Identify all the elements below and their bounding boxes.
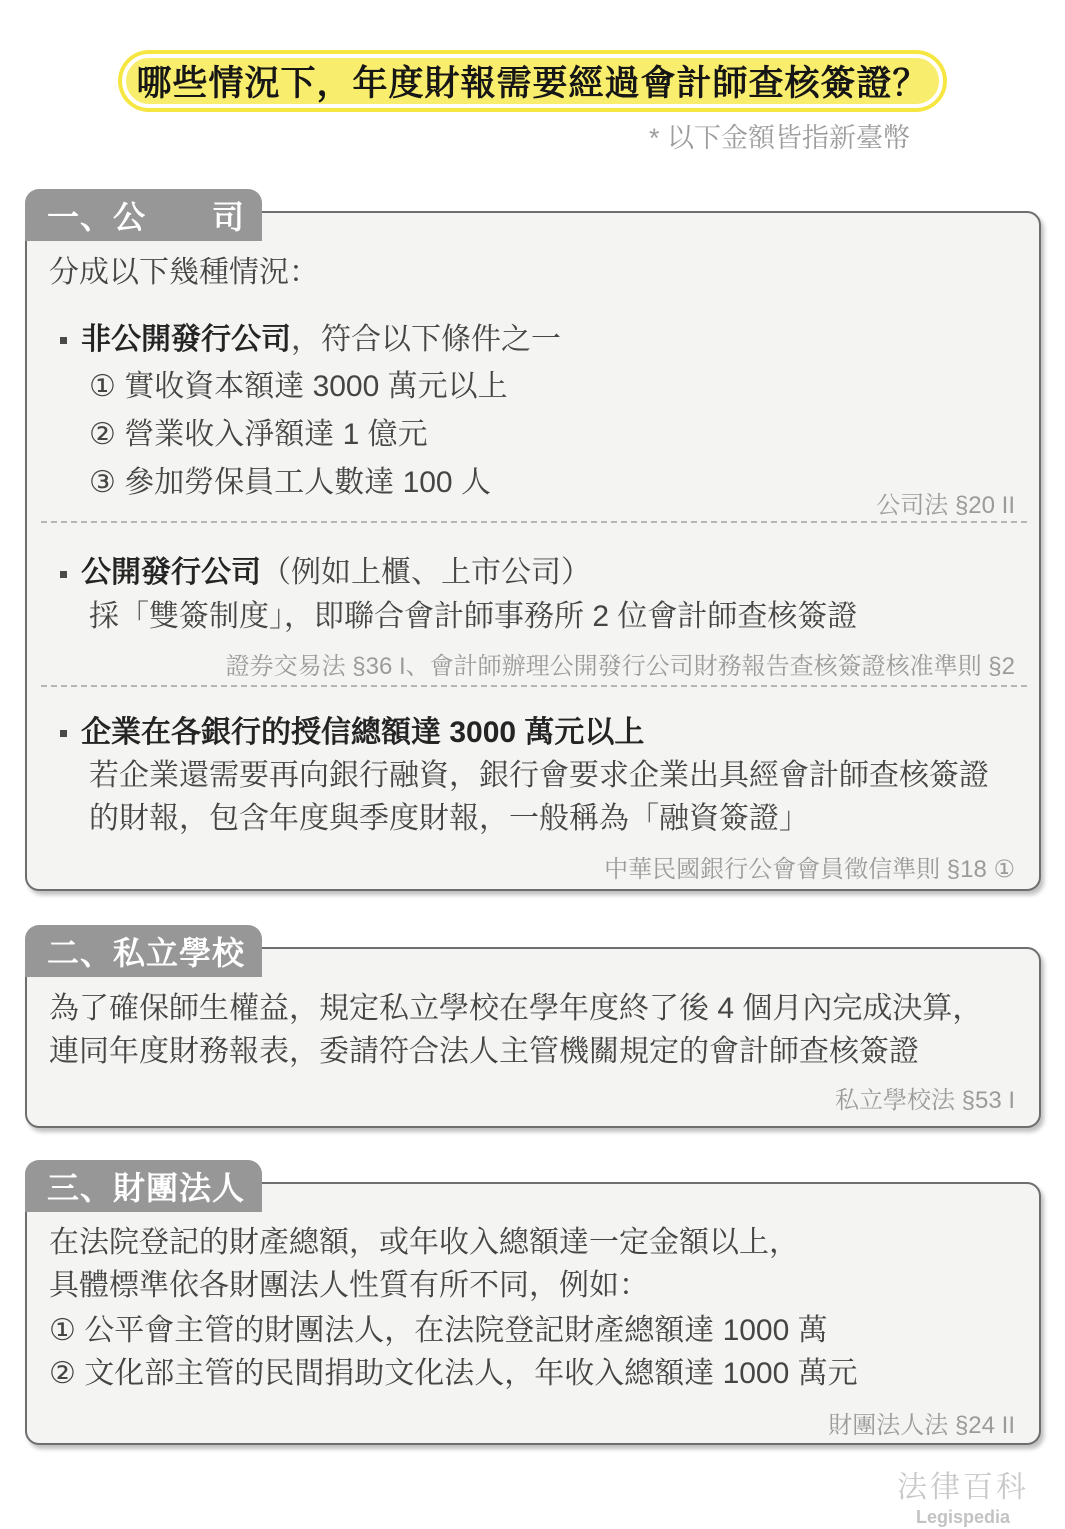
divider-dashed [41, 521, 1027, 523]
brand-name-en: Legispedia [897, 1507, 1029, 1528]
company-block1-citation: 公司法 §20 II [876, 485, 1015, 520]
page-title-pill-inner: 哪些情況下，年度財報需要經過會計師查核簽證？ [122, 54, 943, 108]
company-block1-item-2: ② 營業收入淨額達 1 億元 [89, 417, 428, 453]
company-block3-line-2: 的財報，包含年度與季度財報，一般稱為「融資簽證」 [89, 801, 809, 837]
bullet-dot [60, 730, 67, 737]
foundation-citation: 財團法人法 §24 II [828, 1405, 1015, 1440]
company-block1-heading-rest: ，符合以下條件之一 [291, 323, 561, 356]
foundation-line-2: 具體標準依各財團法人性質有所不同，例如： [49, 1268, 649, 1304]
page-title-pill: 哪些情況下，年度財報需要經過會計師查核簽證？ [118, 50, 947, 112]
section-private-school-tab-label: 二、私立學校 [47, 928, 245, 974]
school-citation: 私立學校法 §53 I [835, 1080, 1015, 1115]
company-block2-line-1: 採「雙簽制度」，即聯合會計師事務所 2 位會計師查核簽證 [89, 599, 857, 635]
company-block3-citation: 中華民國銀行公會會員徵信準則 §18 ① [604, 849, 1015, 884]
foundation-line-1: 在法院登記的財產總額，或年收入總額達一定金額以上， [49, 1225, 799, 1261]
foundation-item-1: ① 公平會主管的財團法人，在法院登記財產總額達 1000 萬 [49, 1313, 828, 1349]
school-line-2: 連同年度財務報表，委請符合法人主管機關規定的會計師查核簽證 [49, 1034, 919, 1070]
company-block2-heading-rest: （例如上櫃、上市公司） [261, 556, 591, 589]
company-block2-citation: 證券交易法 §36 I、會計師辦理公開發行公司財務報告查核簽證核准準則 §2 [226, 646, 1015, 681]
divider-dashed [41, 685, 1027, 687]
school-line-1: 為了確保師生權益，規定私立學校在學年度終了後 4 個月內完成決算， [49, 991, 982, 1027]
company-block2-heading-bold: 公開發行公司 [81, 556, 261, 589]
company-block1-item-3: ③ 參加勞保員工人數達 100 人 [89, 465, 491, 501]
brand-name: 法律百科 [897, 1462, 1029, 1506]
foundation-item-2: ② 文化部主管的民間捐助文化法人，年收入總額達 1000 萬元 [49, 1356, 858, 1392]
bullet-dot [60, 571, 67, 578]
currency-note: * 以下金額皆指新臺幣 [649, 116, 910, 155]
company-intro: 分成以下幾種情況： [49, 255, 319, 291]
bullet-dot [60, 337, 67, 344]
section-company-tab-label: 一、公 司 [47, 192, 245, 238]
company-block3-heading: 企業在各銀行的授信總額達 3000 萬元以上 [81, 715, 644, 751]
section-foundation-card: 三、財團法人 在法院登記的財產總額，或年收入總額達一定金額以上， 具體標準依各財… [25, 1182, 1041, 1445]
company-block2-heading: 公開發行公司（例如上櫃、上市公司） [81, 555, 591, 591]
brand-block: 法律百科 Legispedia [897, 1462, 1029, 1528]
company-block1-heading: 非公開發行公司，符合以下條件之一 [81, 322, 561, 358]
section-company-card: 一、公 司 分成以下幾種情況： 非公開發行公司，符合以下條件之一 ① 實收資本額… [25, 211, 1041, 891]
company-block3-line-1: 若企業還需要再向銀行融資，銀行會要求企業出具經會計師查核簽證 [89, 758, 989, 794]
section-private-school-tab: 二、私立學校 [25, 925, 262, 977]
company-block3-heading-bold: 企業在各銀行的授信總額達 3000 萬元以上 [81, 716, 644, 749]
section-private-school-card: 二、私立學校 為了確保師生權益，規定私立學校在學年度終了後 4 個月內完成決算，… [25, 947, 1041, 1128]
section-company-tab: 一、公 司 [25, 189, 262, 241]
page-title: 哪些情況下，年度財報需要經過會計師查核簽證？ [136, 56, 928, 106]
company-block1-item-1: ① 實收資本額達 3000 萬元以上 [89, 369, 508, 405]
section-foundation-tab: 三、財團法人 [25, 1160, 262, 1212]
section-foundation-tab-label: 三、財團法人 [47, 1163, 245, 1209]
company-block1-heading-bold: 非公開發行公司 [81, 323, 291, 356]
